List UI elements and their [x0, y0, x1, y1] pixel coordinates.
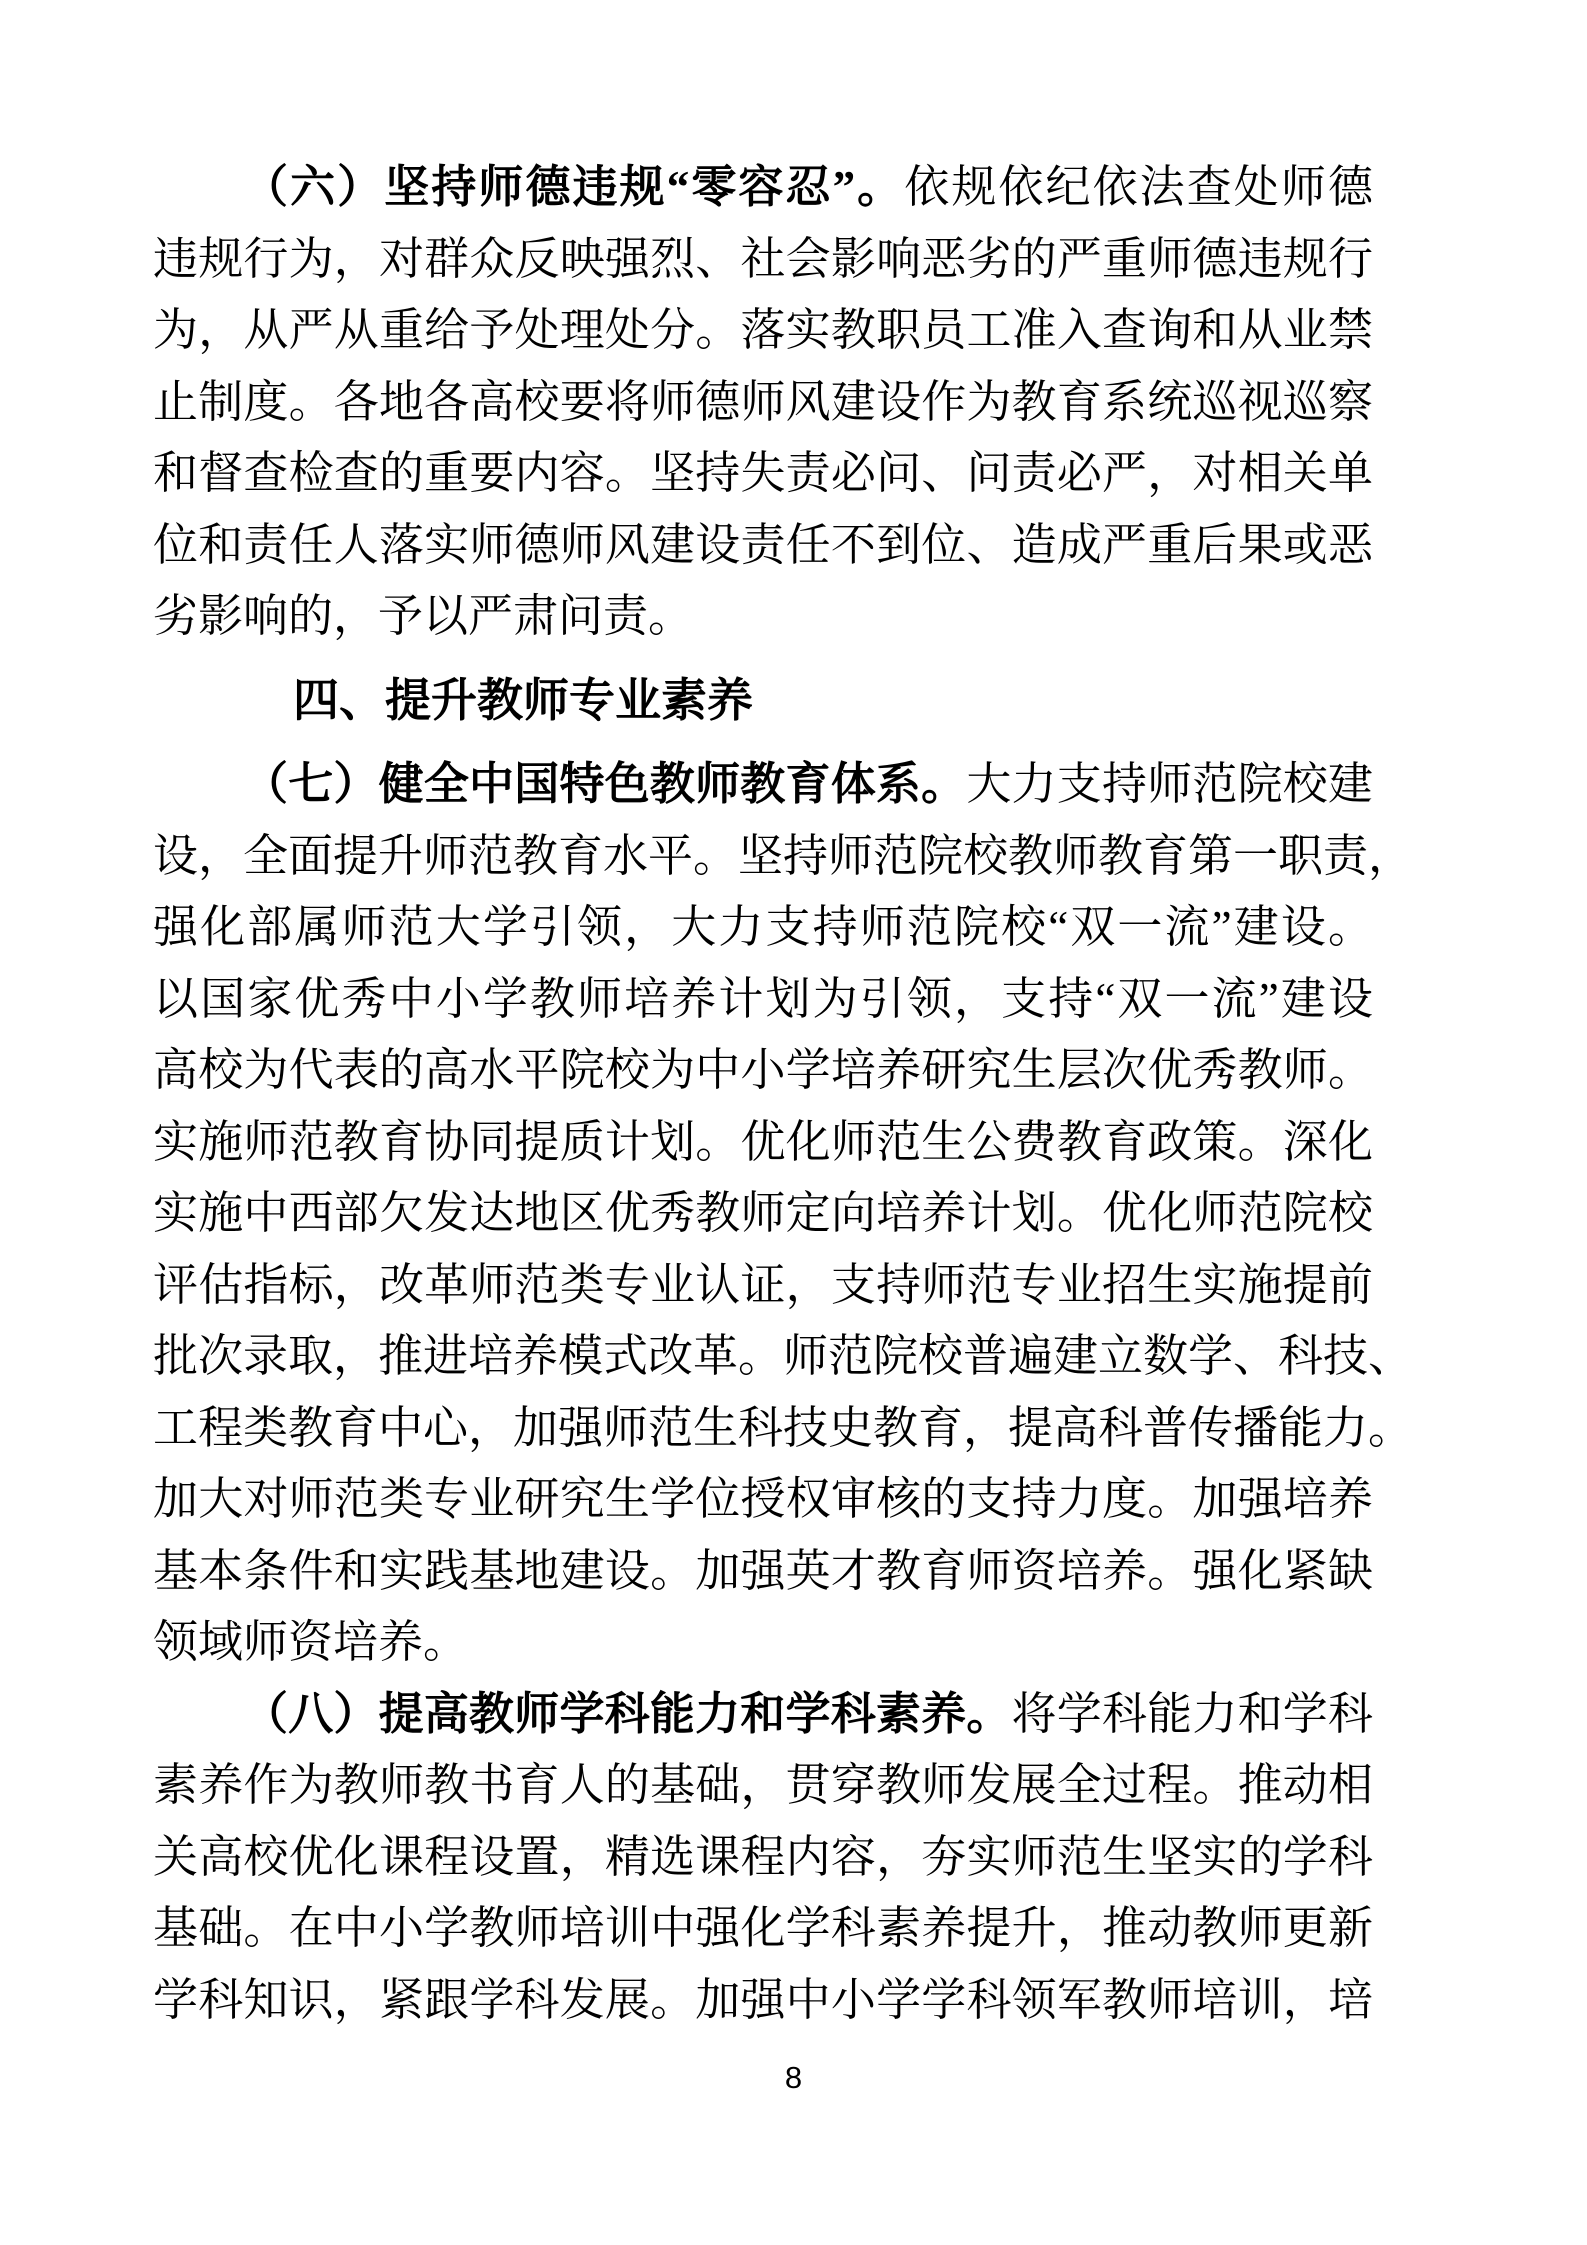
text-line: 基本条件和实践基地建设。加强英才教育师资培养。强化紧缺 [153, 1536, 1373, 1608]
paragraph-text: 实施师范教育协同提质计划。优化师范生公费教育政策。深化 [153, 1117, 1373, 1167]
text-line: 劣影响的，予以严肃问责。 [153, 581, 1373, 653]
text-line: 违规行为，对群众反映强烈、社会影响恶劣的严重师德违规行 [153, 224, 1373, 296]
text-line: 批次录取，推进培养模式改革。师范院校普遍建立数学、科技、 [153, 1321, 1373, 1393]
text-line: 学科知识，紧跟学科发展。加强中小学学科领军教师培训，培 [153, 1965, 1373, 2037]
paragraph-text: 和督查检查的重要内容。坚持失责必问、问责必严，对相关单 [153, 448, 1373, 498]
paragraph-lead-bold: （六）坚持师德违规“零容忍”。 [243, 162, 904, 212]
text-line: 实施师范教育协同提质计划。优化师范生公费教育政策。深化 [153, 1107, 1373, 1179]
paragraph-text: 评估指标，改革师范类专业认证，支持师范专业招生实施提前 [153, 1260, 1373, 1310]
paragraph-text: 劣影响的，予以严肃问责。 [153, 591, 693, 641]
paragraph-text: 设，全面提升师范教育水平。坚持师范院校教师教育第一职责， [153, 831, 1413, 881]
text-line: 评估指标，改革师范类专业认证，支持师范专业招生实施提前 [153, 1250, 1373, 1322]
text-line: 强化部属师范大学引领，大力支持师范院校“双一流”建设。 [153, 892, 1373, 964]
paragraph-text: 将学科能力和学科 [1012, 1689, 1373, 1739]
paragraph-text: 大力支持师范院校建 [966, 759, 1373, 809]
paragraph-text: 加大对师范类专业研究生学位授权审核的支持力度。加强培养 [153, 1474, 1373, 1524]
text-line: 素养作为教师教书育人的基础，贯穿教师发展全过程。推动相 [153, 1750, 1373, 1822]
text-line: 领域师资培养。 [153, 1607, 1373, 1679]
paragraph-text: 高校为代表的高水平院校为中小学培养研究生层次优秀教师。 [153, 1045, 1373, 1095]
text-line: 为，从严从重给予处理处分。落实教职员工准入查询和从业禁 [153, 295, 1373, 367]
document-page: （六）坚持师德违规“零容忍”。依规依纪依法查处师德违规行为，对群众反映强烈、社会… [0, 0, 1587, 2245]
paragraph-6: （六）坚持师德违规“零容忍”。依规依纪依法查处师德违规行为，对群众反映强烈、社会… [153, 152, 1373, 653]
text-line: 基础。在中小学教师培训中强化学科素养提升，推动教师更新 [153, 1893, 1373, 1965]
paragraph-text: 以国家优秀中小学教师培养计划为引领，支持“双一流”建设 [153, 974, 1373, 1024]
text-line: 和督查检查的重要内容。坚持失责必问、问责必严，对相关单 [153, 438, 1373, 510]
text-line: 实施中西部欠发达地区优秀教师定向培养计划。优化师范院校 [153, 1178, 1373, 1250]
document-body: （六）坚持师德违规“零容忍”。依规依纪依法查处师德违规行为，对群众反映强烈、社会… [153, 152, 1373, 2036]
paragraph-text: 依规依纪依法查处师德 [904, 162, 1373, 212]
paragraph-8: （八）提高教师学科能力和学科素养。将学科能力和学科素养作为教师教书育人的基础，贯… [153, 1679, 1373, 2037]
paragraph-text: 关高校优化课程设置，精选课程内容，夯实师范生坚实的学科 [153, 1832, 1373, 1882]
paragraph-text: 学科知识，紧跟学科发展。加强中小学学科领军教师培训，培 [153, 1975, 1373, 2025]
text-line: 位和责任人落实师德师风建设责任不到位、造成严重后果或恶 [153, 510, 1373, 582]
text-line: 设，全面提升师范教育水平。坚持师范院校教师教育第一职责， [153, 821, 1373, 893]
paragraph-text: 位和责任人落实师德师风建设责任不到位、造成严重后果或恶 [153, 520, 1373, 570]
paragraph-text: 违规行为，对群众反映强烈、社会影响恶劣的严重师德违规行 [153, 234, 1373, 284]
text-line: 加大对师范类专业研究生学位授权审核的支持力度。加强培养 [153, 1464, 1373, 1536]
paragraph-text: 基础。在中小学教师培训中强化学科素养提升，推动教师更新 [153, 1903, 1373, 1953]
paragraph-text: 实施中西部欠发达地区优秀教师定向培养计划。优化师范院校 [153, 1188, 1373, 1238]
text-line: 高校为代表的高水平院校为中小学培养研究生层次优秀教师。 [153, 1035, 1373, 1107]
text-line: （六）坚持师德违规“零容忍”。依规依纪依法查处师德 [153, 152, 1373, 224]
section-heading: 四、提升教师专业素养 [153, 665, 1373, 737]
paragraph-text: 工程类教育中心，加强师范生科技史教育，提高科普传播能力。 [153, 1403, 1413, 1453]
text-line: 关高校优化课程设置，精选课程内容，夯实师范生坚实的学科 [153, 1822, 1373, 1894]
paragraph-text: 强化部属师范大学引领，大力支持师范院校“双一流”建设。 [153, 902, 1373, 952]
text-line: 以国家优秀中小学教师培养计划为引领，支持“双一流”建设 [153, 964, 1373, 1036]
paragraph-text: 批次录取，推进培养模式改革。师范院校普遍建立数学、科技、 [153, 1331, 1413, 1381]
paragraph-text: 基本条件和实践基地建设。加强英才教育师资培养。强化紧缺 [153, 1546, 1373, 1596]
paragraph-text: 素养作为教师教书育人的基础，贯穿教师发展全过程。推动相 [153, 1760, 1373, 1810]
text-line: 工程类教育中心，加强师范生科技史教育，提高科普传播能力。 [153, 1393, 1373, 1465]
paragraph-7: （七）健全中国特色教师教育体系。大力支持师范院校建设，全面提升师范教育水平。坚持… [153, 749, 1373, 1679]
paragraph-text: 止制度。各地各高校要将师德师风建设作为教育系统巡视巡察 [153, 377, 1373, 427]
page-number: 8 [0, 2060, 1587, 2096]
paragraph-lead-bold: （七）健全中国特色教师教育体系。 [243, 759, 966, 809]
text-line: 止制度。各地各高校要将师德师风建设作为教育系统巡视巡察 [153, 367, 1373, 439]
paragraph-text: 领域师资培养。 [153, 1617, 468, 1667]
paragraph-lead-bold: （八）提高教师学科能力和学科素养。 [243, 1689, 1012, 1739]
paragraph-text: 为，从严从重给予处理处分。落实教职员工准入查询和从业禁 [153, 305, 1373, 355]
text-line: （七）健全中国特色教师教育体系。大力支持师范院校建 [153, 749, 1373, 821]
text-line: （八）提高教师学科能力和学科素养。将学科能力和学科 [153, 1679, 1373, 1751]
